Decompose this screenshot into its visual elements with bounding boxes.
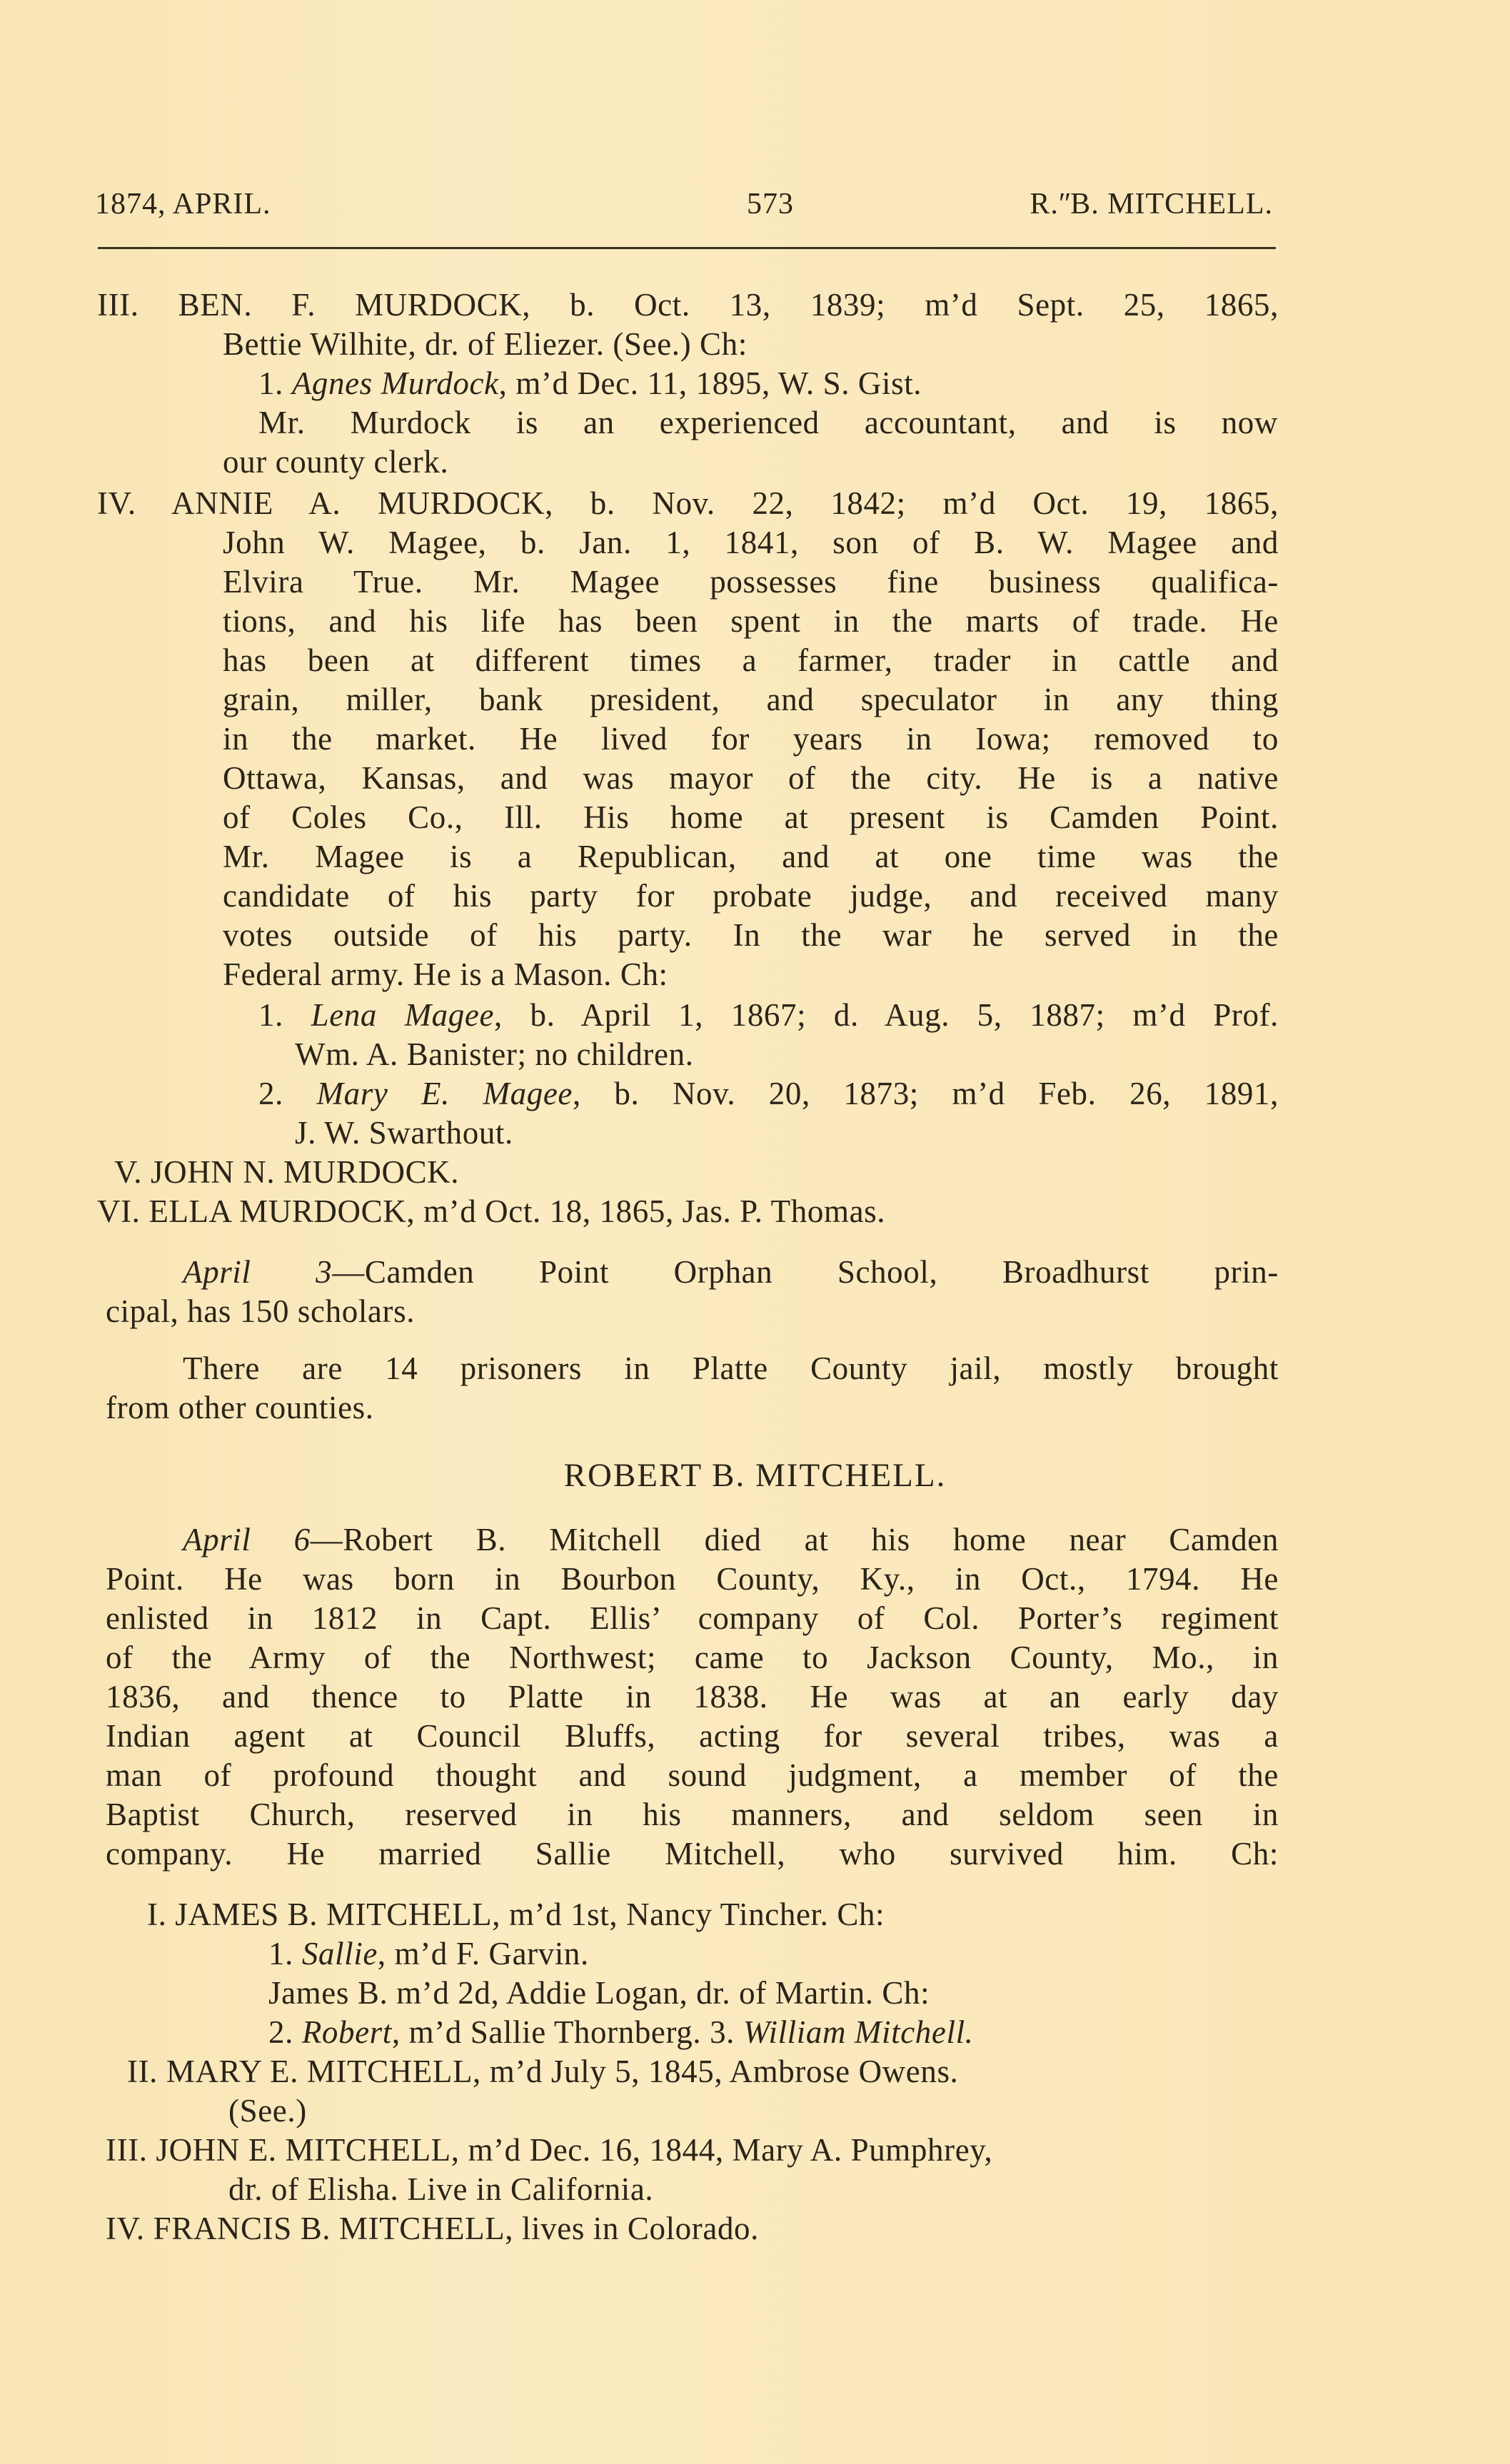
- child-details: , b. April 1, 1867; d. Aug. 5, 1887; m’d…: [494, 997, 1279, 1033]
- mitchell-child-ii-cont: (See.): [228, 2091, 307, 2131]
- entry-iii-child1: 1. Agnes Murdock, m’d Dec. 11, 1895, W. …: [258, 364, 922, 403]
- entry-iv-line3: Elvira True. Mr. Magee possesses fine bu…: [223, 562, 1279, 602]
- mitchell-line4: of the Army of the Northwest; came to Ja…: [106, 1638, 1279, 1677]
- entry-iv-line8: Ottawa, Kansas, and was mayor of the cit…: [223, 759, 1279, 798]
- entry-iv-line2: John W. Magee, b. Jan. 1, 1841, son of B…: [223, 523, 1279, 562]
- child-number: 1.: [258, 365, 283, 401]
- header-date: 1874, APRIL.: [95, 187, 271, 221]
- mitchell-child-i: I. JAMES B. MITCHELL, m’d 1st, Nancy Tin…: [147, 1895, 885, 1934]
- child-number: 2.: [258, 1076, 283, 1111]
- april3-line2: cipal, has 150 scholars.: [106, 1292, 415, 1331]
- entry-iv-line5: has been at different times a farmer, tr…: [223, 641, 1279, 680]
- entry-v: V. JOHN N. MURDOCK.: [114, 1153, 459, 1192]
- child-number: 1.: [258, 997, 283, 1033]
- mitchell-line8: Baptist Church, reserved in his manners,…: [106, 1795, 1279, 1834]
- mitchell-line3: enlisted in 1812 in Capt. Ellis’ company…: [106, 1599, 1279, 1638]
- child-details: , m’d Sallie Thornberg. 3.: [392, 2014, 743, 2050]
- entry-iv-line9: of Coles Co., Ill. His home at present i…: [223, 798, 1279, 837]
- mitchell-child-iii: III. JOHN E. MITCHELL, m’d Dec. 16, 1844…: [106, 2131, 992, 2170]
- entry-iii-line1: III. BEN. F. MURDOCK, b. Oct. 13, 1839; …: [97, 286, 1279, 325]
- entry-date: April 3: [183, 1254, 332, 1290]
- child-details: , m’d F. Garvin.: [378, 1936, 589, 1971]
- section-heading: ROBERT B. MITCHELL.: [0, 1456, 1510, 1495]
- mitchell-line7: man of profound thought and sound judgme…: [106, 1756, 1279, 1795]
- running-header: 1874, APRIL. 573 R.ʺB. MITCHELL.: [95, 187, 1273, 230]
- entry-iv-line6: grain, miller, bank president, and specu…: [223, 680, 1279, 719]
- header-rule: [98, 247, 1276, 249]
- entry-iii-line2: Bettie Wilhite, dr. of Eliezer. (See.) C…: [223, 325, 748, 364]
- entry-iv-child1-cont: Wm. A. Banister; no children.: [295, 1035, 694, 1074]
- child-name: Sallie: [302, 1936, 378, 1971]
- child-details: , m’d Dec. 11, 1895, W. S. Gist.: [499, 365, 922, 401]
- mitchell-child-iii-cont: dr. of Elisha. Live in California.: [228, 2170, 653, 2209]
- april3-line1: April 3—Camden Point Orphan School, Broa…: [183, 1253, 1279, 1292]
- entry-iv-line13: Federal army. He is a Mason. Ch:: [223, 955, 668, 994]
- child-name: Agnes Murdock: [292, 365, 499, 401]
- entry-iv-child2-cont: J. W. Swarthout.: [295, 1114, 513, 1153]
- mitchell-text: —Robert B. Mitchell died at his home nea…: [311, 1522, 1279, 1557]
- mitchell-line2: Point. He was born in Bourbon County, Ky…: [106, 1560, 1279, 1599]
- child-name: Lena Magee: [311, 997, 494, 1033]
- child-name: William Mitchell.: [743, 2014, 974, 2050]
- jail-line2: from other counties.: [106, 1388, 374, 1428]
- entry-iv-line11: candidate of his party for probate judge…: [223, 877, 1279, 916]
- entry-iv-child2: 2. Mary E. Magee, b. Nov. 20, 1873; m’d …: [258, 1074, 1279, 1114]
- entry-iv-line12: votes outside of his party. In the war h…: [223, 916, 1279, 955]
- child-number: 2.: [268, 2014, 293, 2050]
- header-subject: R.ʺB. MITCHELL.: [1030, 187, 1273, 221]
- child-name: Robert: [302, 2014, 392, 2050]
- entry-iv-line4: tions, and his life has been spent in th…: [223, 602, 1279, 641]
- entry-iv-line7: in the market. He lived for years in Iow…: [223, 719, 1279, 759]
- mitchell-child-i-2-3: 2. Robert, m’d Sallie Thornberg. 3. Will…: [268, 2013, 974, 2052]
- mitchell-child-i-1: 1. Sallie, m’d F. Garvin.: [268, 1934, 589, 1974]
- entry-iv-line1: IV. ANNIE A. MURDOCK, b. Nov. 22, 1842; …: [97, 484, 1279, 523]
- mitchell-child-i-second-marriage: James B. m’d 2d, Addie Logan, dr. of Mar…: [268, 1974, 930, 2013]
- jail-line1: There are 14 prisoners in Platte County …: [183, 1349, 1279, 1388]
- mitchell-child-iv: IV. FRANCIS B. MITCHELL, lives in Colora…: [106, 2209, 759, 2248]
- mitchell-child-ii: II. MARY E. MITCHELL, m’d July 5, 1845, …: [127, 2052, 958, 2091]
- april3-text: —Camden Point Orphan School, Broadhurst …: [332, 1254, 1279, 1290]
- entry-iii-note2: our county clerk.: [223, 443, 448, 482]
- page-number: 573: [747, 187, 794, 221]
- mitchell-line6: Indian agent at Council Bluffs, acting f…: [106, 1717, 1279, 1756]
- mitchell-line5: 1836, and thence to Platte in 1838. He w…: [106, 1677, 1279, 1717]
- entry-iv-line10: Mr. Magee is a Republican, and at one ti…: [223, 837, 1279, 877]
- entry-iii-note1: Mr. Murdock is an experienced accountant…: [258, 403, 1278, 443]
- child-details: , b. Nov. 20, 1873; m’d Feb. 26, 1891,: [573, 1076, 1279, 1111]
- child-number: 1.: [268, 1936, 293, 1971]
- book-page: 1874, APRIL. 573 R.ʺB. MITCHELL. III. BE…: [0, 0, 1510, 2464]
- mitchell-line1: April 6—Robert B. Mitchell died at his h…: [183, 1520, 1279, 1560]
- mitchell-line9: company. He married Sallie Mitchell, who…: [106, 1834, 1279, 1874]
- entry-date: April 6: [183, 1522, 311, 1557]
- entry-iv-child1: 1. Lena Magee, b. April 1, 1867; d. Aug.…: [258, 996, 1279, 1035]
- entry-vi: VI. ELLA MURDOCK, m’d Oct. 18, 1865, Jas…: [97, 1192, 885, 1231]
- child-name: Mary E. Magee: [317, 1076, 573, 1111]
